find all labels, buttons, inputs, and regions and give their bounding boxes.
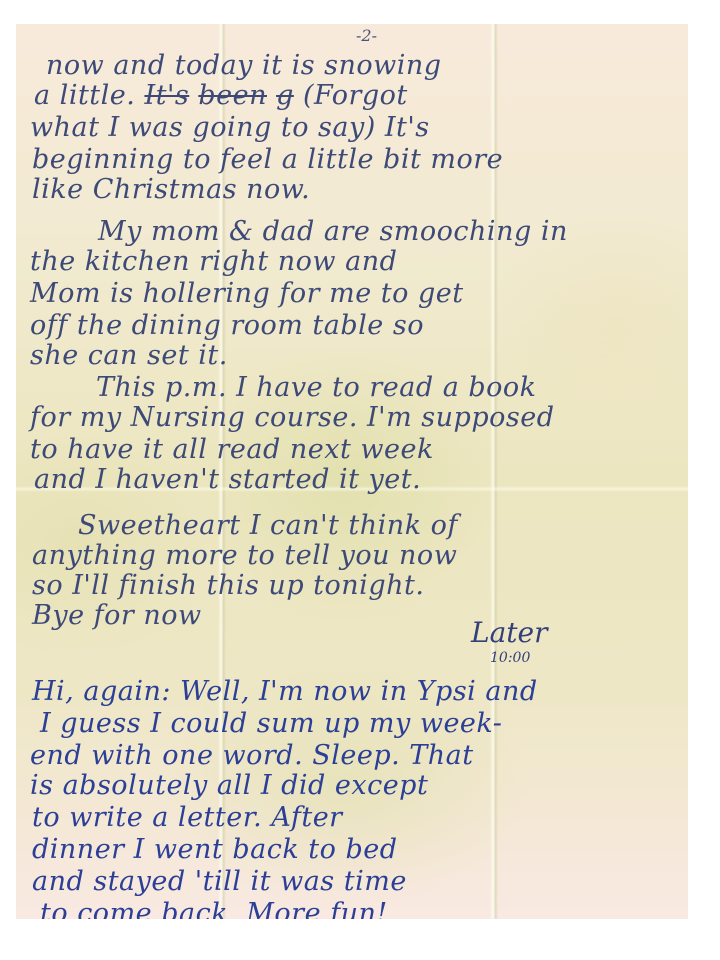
- letter-line: end with one word. Sleep. That: [30, 742, 474, 769]
- letter-line: now and today it is snowing: [46, 52, 442, 79]
- later-heading: Later: [471, 616, 548, 649]
- letter-line: to write a letter. After: [32, 804, 343, 831]
- letter-line: Bye for now: [32, 602, 202, 629]
- later-time: 10:00: [490, 650, 530, 666]
- letter-line: and stayed 'till it was time: [32, 868, 407, 895]
- letter-line: and I haven't started it yet.: [34, 466, 421, 493]
- letter-line: This p.m. I have to read a book: [96, 374, 537, 401]
- letter-line-with-strikeout: a little. It's been g (Forgot: [34, 82, 408, 109]
- letter-line: what I was going to say) It's: [30, 114, 430, 141]
- letter-line: to come back. More fun!: [40, 900, 388, 919]
- letter-line: anything more to tell you now: [32, 542, 457, 569]
- letter-page: -2- now and today it is snowing a little…: [16, 24, 688, 919]
- letter-line: Hi, again: Well, I'm now in Ypsi and: [32, 678, 538, 705]
- struck-text: g: [276, 80, 294, 111]
- letter-text: (Forgot: [294, 80, 408, 111]
- letter-line: like Christmas now.: [32, 176, 310, 203]
- letter-line: she can set it.: [30, 342, 228, 369]
- page-number: -2-: [356, 26, 377, 45]
- struck-text: It's: [144, 80, 189, 111]
- letter-line: is absolutely all I did except: [30, 772, 428, 799]
- struck-text: been: [198, 80, 267, 111]
- letter-line: for my Nursing course. I'm supposed: [30, 404, 554, 431]
- letter-text: a little.: [34, 80, 144, 111]
- letter-line: the kitchen right now and: [30, 248, 397, 275]
- letter-line: Sweetheart I can't think of: [78, 512, 458, 539]
- letter-line: I guess I could sum up my week-: [40, 710, 502, 737]
- letter-line: beginning to feel a little bit more: [32, 146, 503, 173]
- letter-line: My mom & dad are smooching in: [98, 218, 568, 245]
- letter-line: Mom is hollering for me to get: [30, 280, 464, 307]
- letter-line: off the dining room table so: [30, 312, 424, 339]
- letter-line: to have it all read next week: [30, 436, 434, 463]
- letter-line: so I'll finish this up tonight.: [32, 572, 424, 599]
- letter-line: dinner I went back to bed: [32, 836, 398, 863]
